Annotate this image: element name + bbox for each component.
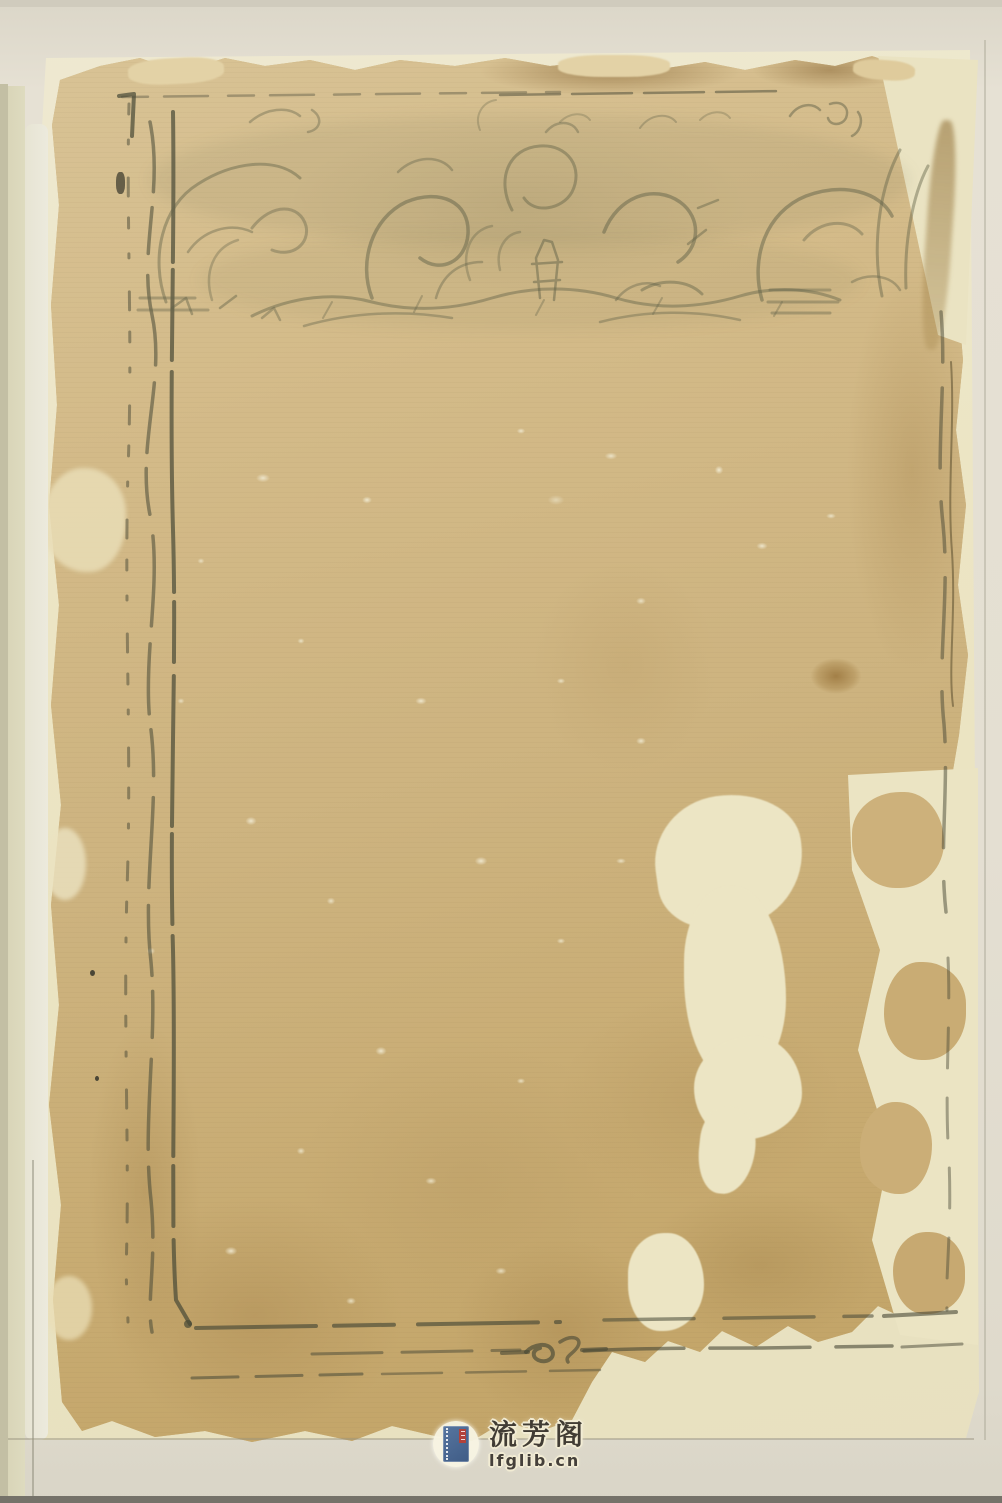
damage-patch	[628, 1233, 704, 1331]
scanned-book-page: 流芳阁 lfglib.cn	[0, 0, 1002, 1503]
scan-top-edge	[0, 0, 1002, 7]
ink-speck	[90, 970, 95, 976]
chinese-stitched-book-icon	[443, 1426, 469, 1462]
watermark-site-name: 流芳阁	[489, 1421, 588, 1449]
paper-remnant	[852, 792, 944, 888]
paper-remnant	[884, 962, 966, 1060]
watermark-circle	[433, 1421, 479, 1467]
scan-bottom-edge	[0, 1496, 1002, 1503]
watermark-text: 流芳阁 lfglib.cn	[489, 1421, 588, 1469]
worn-patch-left	[44, 828, 86, 900]
page-edge-sliver	[25, 124, 48, 1440]
scan-seam-line	[984, 40, 986, 1440]
ink-blotch	[116, 172, 125, 194]
watermark-site-url: lfglib.cn	[489, 1453, 588, 1469]
ink-speck	[95, 1076, 99, 1081]
book-title-seal	[459, 1429, 466, 1443]
paper-flap	[558, 55, 670, 77]
paper-remnant	[893, 1232, 965, 1314]
watermark: 流芳阁 lfglib.cn	[433, 1421, 588, 1469]
aged-paper-page	[0, 0, 1002, 1503]
worn-patch-left	[46, 1276, 92, 1340]
book-spine-strip	[8, 86, 25, 1496]
worn-patch-left	[42, 468, 126, 572]
paper-remnant	[860, 1102, 932, 1194]
book-spine-strip	[0, 84, 8, 1496]
scan-crease-line	[32, 1160, 34, 1498]
book-stitching	[446, 1428, 448, 1460]
